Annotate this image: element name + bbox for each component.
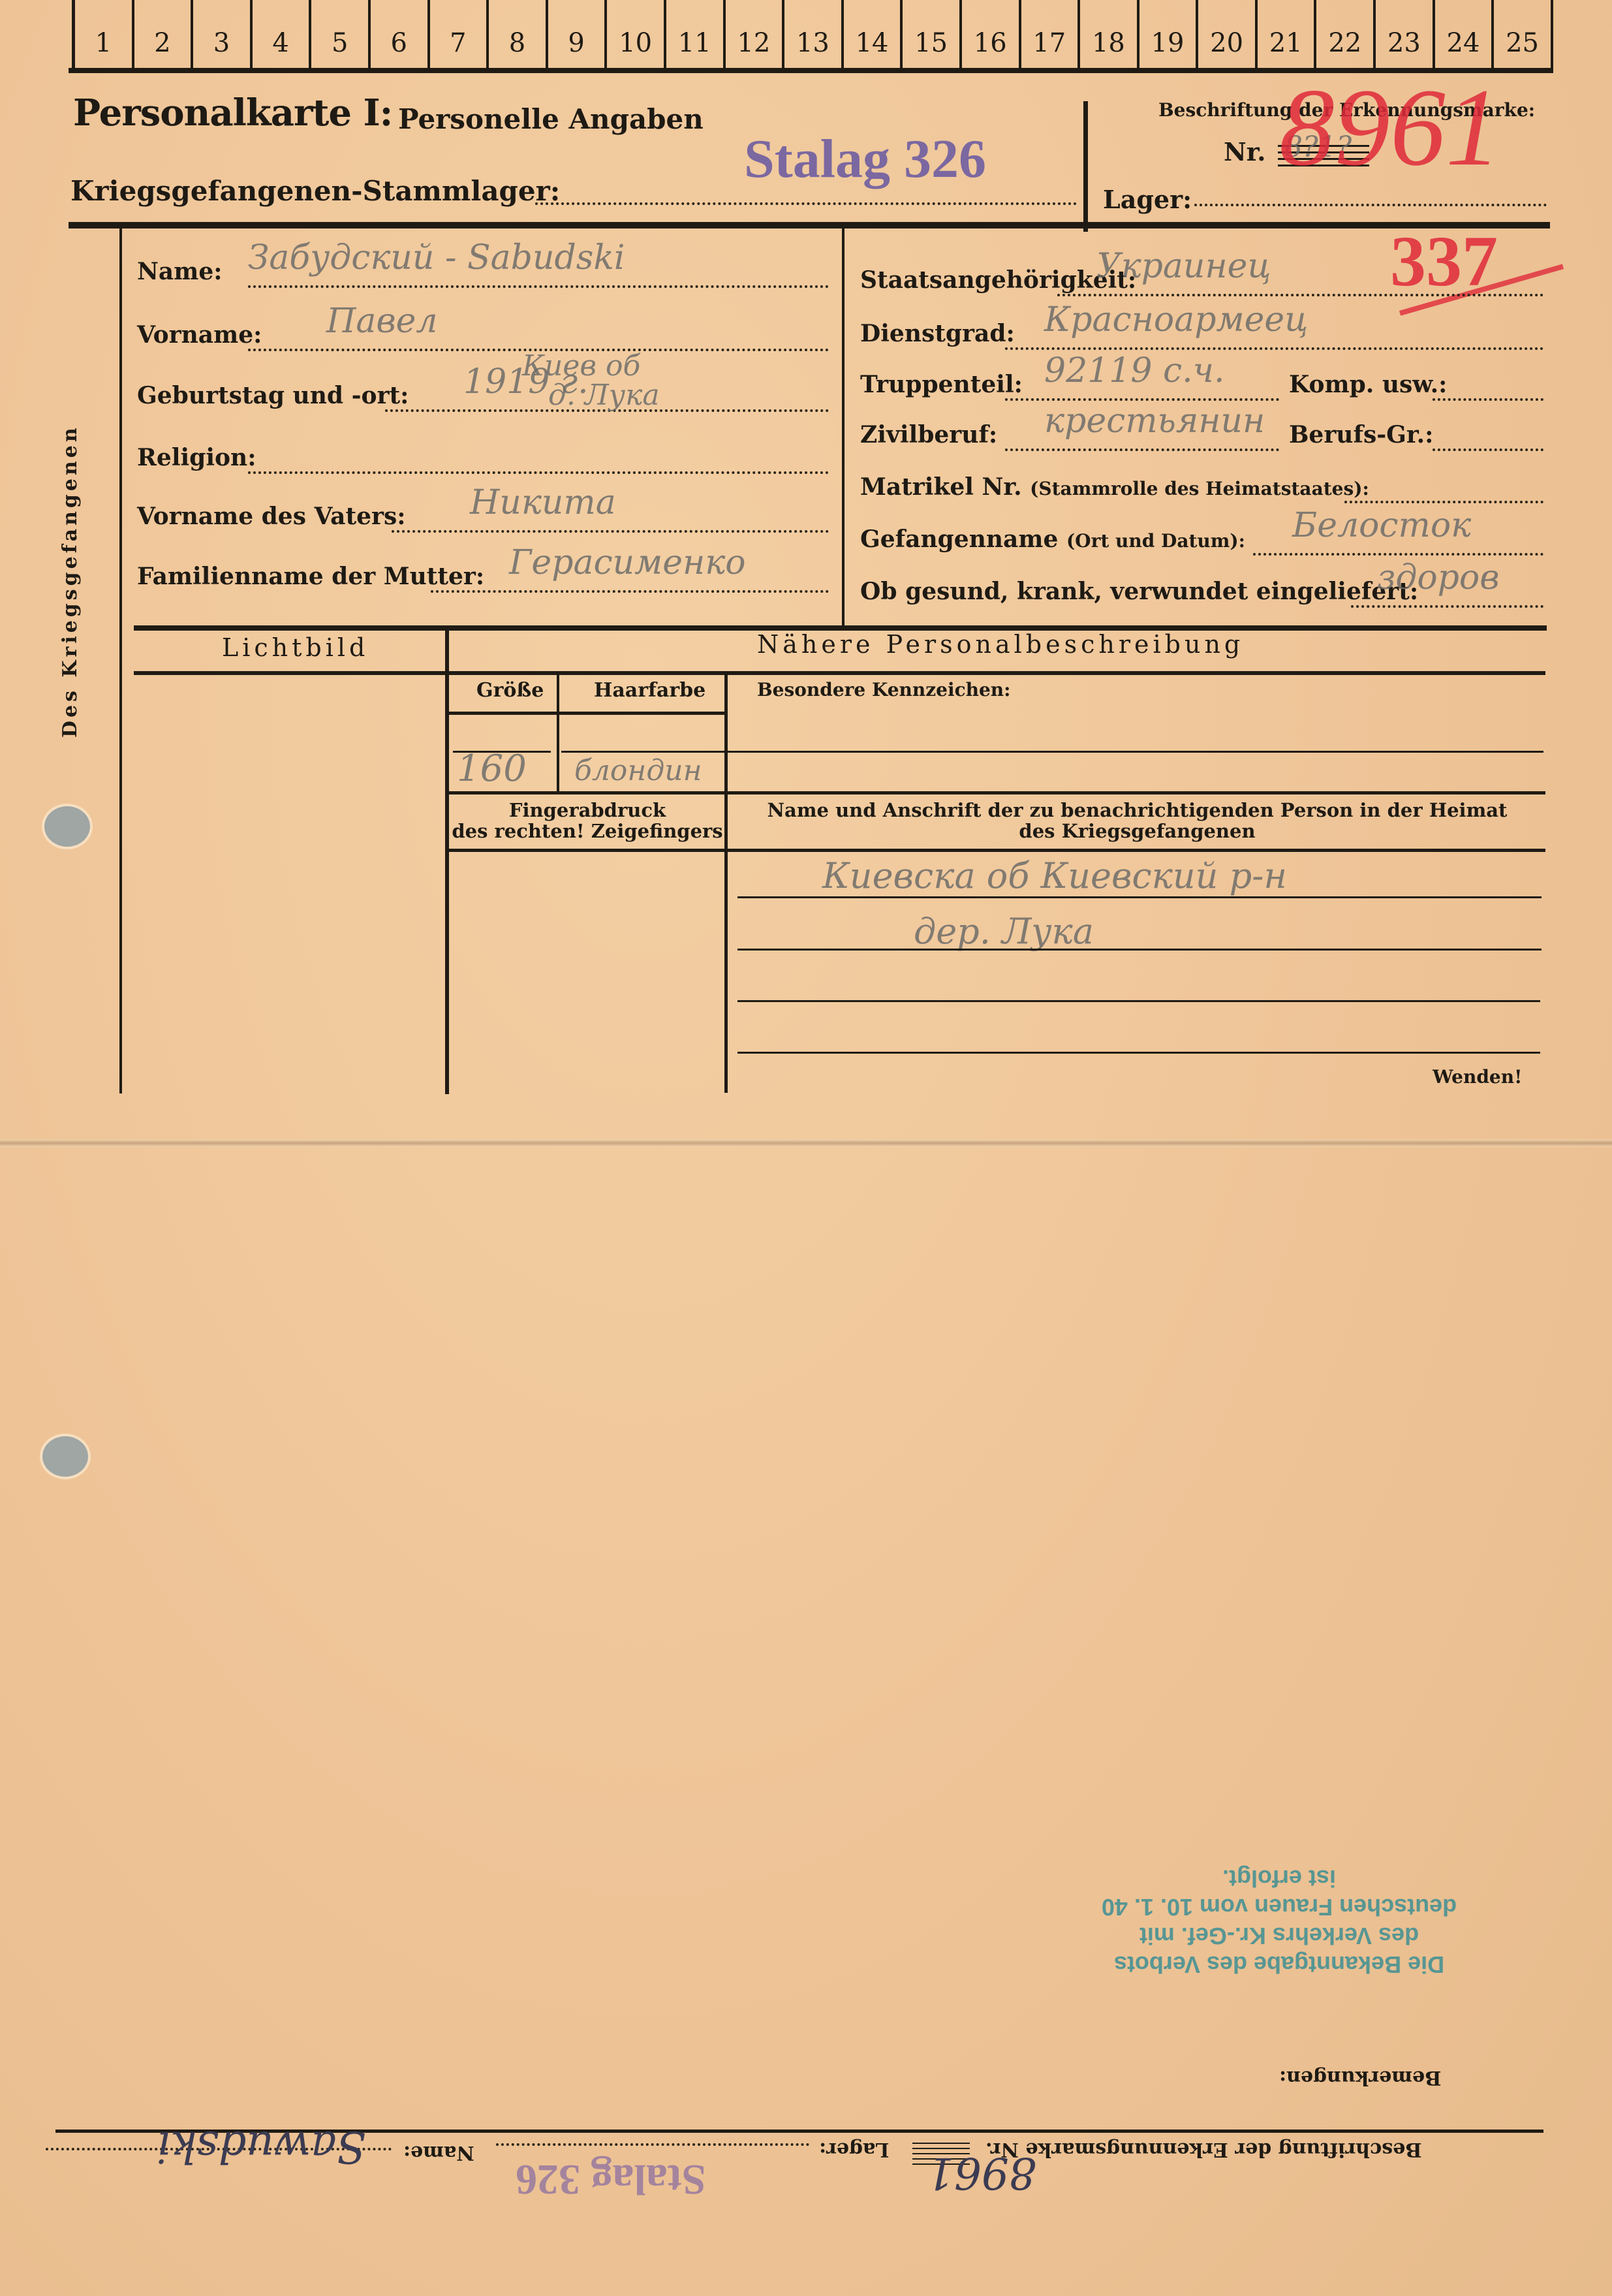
strip-cell: 9 — [548, 0, 608, 73]
strip-cell: 18 — [1080, 0, 1139, 73]
contact-label: Name und Anschrift der zu benachrichtige… — [731, 800, 1543, 841]
strip-cell: 19 — [1139, 0, 1199, 73]
birthplace-line2[interactable]: д. Лука — [548, 379, 660, 412]
footer-name-value: Sawudski — [157, 2122, 366, 2172]
tag-nr-red-value: 8961 — [1279, 72, 1501, 183]
field-dotted-line — [1433, 448, 1543, 451]
number-strip: 1234567891011121314151617181920212223242… — [72, 0, 1553, 73]
fingerprint-label: Fingerabdruck des rechten! Zeigefingers — [450, 800, 724, 841]
field-value-right[interactable]: 92119 с.ч. — [1044, 351, 1224, 390]
tag-lager-label: Lager: — [1103, 185, 1192, 214]
contact-line-1: Киевска об Киевский р-н — [822, 855, 1287, 896]
hair-label: Haarfarbe — [594, 679, 705, 702]
strip-cell: 17 — [1021, 0, 1081, 73]
strip-cell: 7 — [430, 0, 489, 73]
field-dotted-line — [431, 590, 829, 593]
field-label-left: Name: — [137, 258, 223, 285]
fingerprint-label-line2: des rechten! Zeigefingers — [450, 821, 724, 841]
photo-box — [134, 675, 444, 1093]
field-dotted-line — [1351, 605, 1543, 608]
contact-rule-2 — [737, 949, 1542, 951]
footer-tag-label: Beschriftung der Erkennungsmarke Nr. — [985, 2138, 1422, 2161]
contact-rule-4 — [737, 1052, 1540, 1054]
field-label-left: Geburtstag und -ort: — [137, 382, 409, 409]
field-dotted-line — [248, 285, 829, 288]
description-label: Nähere Personalbeschreibung — [757, 630, 1244, 659]
description-label-rule — [449, 671, 1545, 675]
blue-stamp: Die Bekanntgabe des Verbots des Verkehrs… — [1083, 1864, 1475, 1979]
fingerprint-label-line1: Fingerabdruck — [450, 800, 724, 821]
field-extra-label: Berufs-Gr.: — [1289, 421, 1433, 448]
field-label-right: Gefangenname (Ort und Datum): — [860, 526, 1245, 553]
field-label-left: Familienname der Mutter: — [137, 563, 484, 590]
left-frame-line — [119, 228, 122, 1093]
blue-stamp-line3: deutschen Frauen vom 10. 1. 40 — [1083, 1893, 1475, 1921]
size-value: 160 — [457, 747, 527, 790]
marks-bottom-rule — [728, 791, 1545, 794]
hair-value: блондин — [574, 754, 702, 787]
tag-lager-dotted-line — [1194, 204, 1547, 206]
strip-cell: 4 — [253, 0, 312, 73]
field-dotted-line — [1433, 398, 1543, 401]
contact-line-2: дер. Лука — [914, 911, 1094, 952]
photo-divider — [445, 631, 449, 1094]
field-extra-label: Komp. usw.: — [1289, 371, 1447, 398]
contact-label-line2: des Kriegsgefangenen — [731, 821, 1543, 841]
strip-cell: 14 — [844, 0, 903, 73]
strip-cell: 12 — [726, 0, 785, 73]
field-dotted-line — [1005, 448, 1279, 451]
punch-hole-bottom — [42, 1436, 88, 1477]
footer-name-label: Name: — [403, 2141, 474, 2164]
strip-cell: 1 — [75, 0, 134, 73]
field-value-left[interactable]: Никита — [470, 483, 616, 522]
field-value-left[interactable]: Герасименко — [509, 543, 746, 582]
hair-entry-rule — [561, 751, 724, 753]
strip-cell: 6 — [371, 0, 430, 73]
strip-cell: 25 — [1494, 0, 1553, 73]
blue-stamp-line4: ist erfolgt. — [1083, 1864, 1475, 1893]
strip-cell: 5 — [311, 0, 371, 73]
strip-cell: 16 — [962, 0, 1021, 73]
field-dotted-line — [248, 471, 829, 474]
field-label-right: Dienstgrad: — [860, 320, 1015, 347]
footer-lager-dotted-line — [496, 2143, 809, 2146]
footer-stamp: Stalag 326 — [516, 2154, 706, 2204]
fingerprint-box — [450, 852, 723, 1093]
field-value-right[interactable]: Украинец — [1096, 247, 1271, 286]
header-bottom-rule — [69, 222, 1550, 228]
card-title: Personalkarte I: — [73, 91, 392, 134]
marks-rule — [728, 751, 1543, 753]
size-hair-bottom-rule — [449, 791, 726, 794]
field-dotted-line — [1005, 347, 1543, 350]
field-label-right: Truppenteil: — [860, 371, 1023, 398]
strip-cell: 2 — [134, 0, 194, 73]
fingerprint-divider — [724, 675, 728, 1093]
field-label-right: Staatsangehörigkeit: — [860, 266, 1136, 294]
footer-tag-value: 8961 — [927, 2148, 1036, 2198]
blue-stamp-line1: Die Bekanntgabe des Verbots — [1083, 1950, 1475, 1979]
strip-cell: 20 — [1198, 0, 1258, 73]
field-label-left: Vorname: — [137, 321, 262, 349]
field-label-right: Ob gesund, krank, verwundet eingeliefert… — [860, 578, 1418, 605]
camp-stamp: Stalag 326 — [744, 127, 986, 191]
strip-cell: 11 — [666, 0, 726, 73]
blue-stamp-line2: des Verkehrs Kr.-Gef. mit — [1083, 1921, 1475, 1950]
footer-lager-label: Lager: — [819, 2138, 889, 2161]
strip-cell: 22 — [1316, 0, 1376, 73]
fold-crease — [0, 1139, 1612, 1147]
contact-label-line1: Name und Anschrift der zu benachrichtige… — [731, 800, 1543, 821]
field-value-right[interactable]: крестьянин — [1044, 401, 1265, 441]
field-value-left[interactable]: Забудский - Sabudski — [248, 238, 625, 277]
strip-cell: 10 — [607, 0, 666, 73]
size-hair-divider — [557, 675, 559, 793]
header-divider — [1083, 101, 1088, 232]
camp-dotted-line — [535, 202, 1077, 205]
size-hair-header-rule — [449, 712, 726, 715]
contact-rule-3 — [737, 1000, 1540, 1002]
strip-cell: 8 — [489, 0, 548, 73]
field-dotted-line — [392, 530, 829, 533]
tag-nr-label: Nr. — [1224, 137, 1266, 166]
contact-rule-1 — [737, 896, 1542, 898]
punch-hole-top — [44, 806, 90, 847]
side-label: Des Kriegsgefangenen — [59, 424, 82, 738]
photo-label: Lichtbild — [222, 633, 369, 662]
field-label-right: Matrikel Nr. (Stammrolle des Heimatstaat… — [860, 473, 1369, 501]
strip-cell: 21 — [1258, 0, 1317, 73]
camp-label: Kriegsgefangenen-Stammlager: — [70, 175, 560, 207]
marks-label: Besondere Kennzeichen: — [757, 679, 1011, 700]
field-value-left[interactable]: Павел — [326, 302, 438, 341]
strip-cell: 13 — [784, 0, 844, 73]
remarks-label: Bemerkungen: — [1279, 2066, 1441, 2089]
field-dotted-line — [1057, 294, 1543, 296]
field-value-right[interactable]: здоров — [1377, 558, 1499, 597]
contact-label-rule — [728, 849, 1545, 852]
strip-cell: 24 — [1435, 0, 1495, 73]
card-subtitle: Personelle Angaben — [398, 103, 704, 135]
field-value-right[interactable]: Красноармеец — [1044, 300, 1308, 339]
size-label: Größe — [476, 679, 544, 702]
turn-label: Wenden! — [1433, 1066, 1522, 1088]
strip-cell: 3 — [193, 0, 253, 73]
strip-cell: 15 — [903, 0, 962, 73]
field-dotted-line — [1005, 398, 1279, 401]
field-value-right[interactable]: Белосток — [1292, 506, 1471, 545]
column-divider — [842, 228, 845, 627]
strip-cell: 23 — [1376, 0, 1435, 73]
field-dotted-line — [1253, 553, 1543, 556]
field-label-left: Religion: — [137, 444, 256, 471]
field-label-right: Zivilberuf: — [860, 421, 997, 448]
field-label-left: Vorname des Vaters: — [137, 503, 406, 530]
birthplace-line1[interactable]: Киев об — [522, 349, 640, 383]
field-dotted-line — [1344, 501, 1543, 503]
